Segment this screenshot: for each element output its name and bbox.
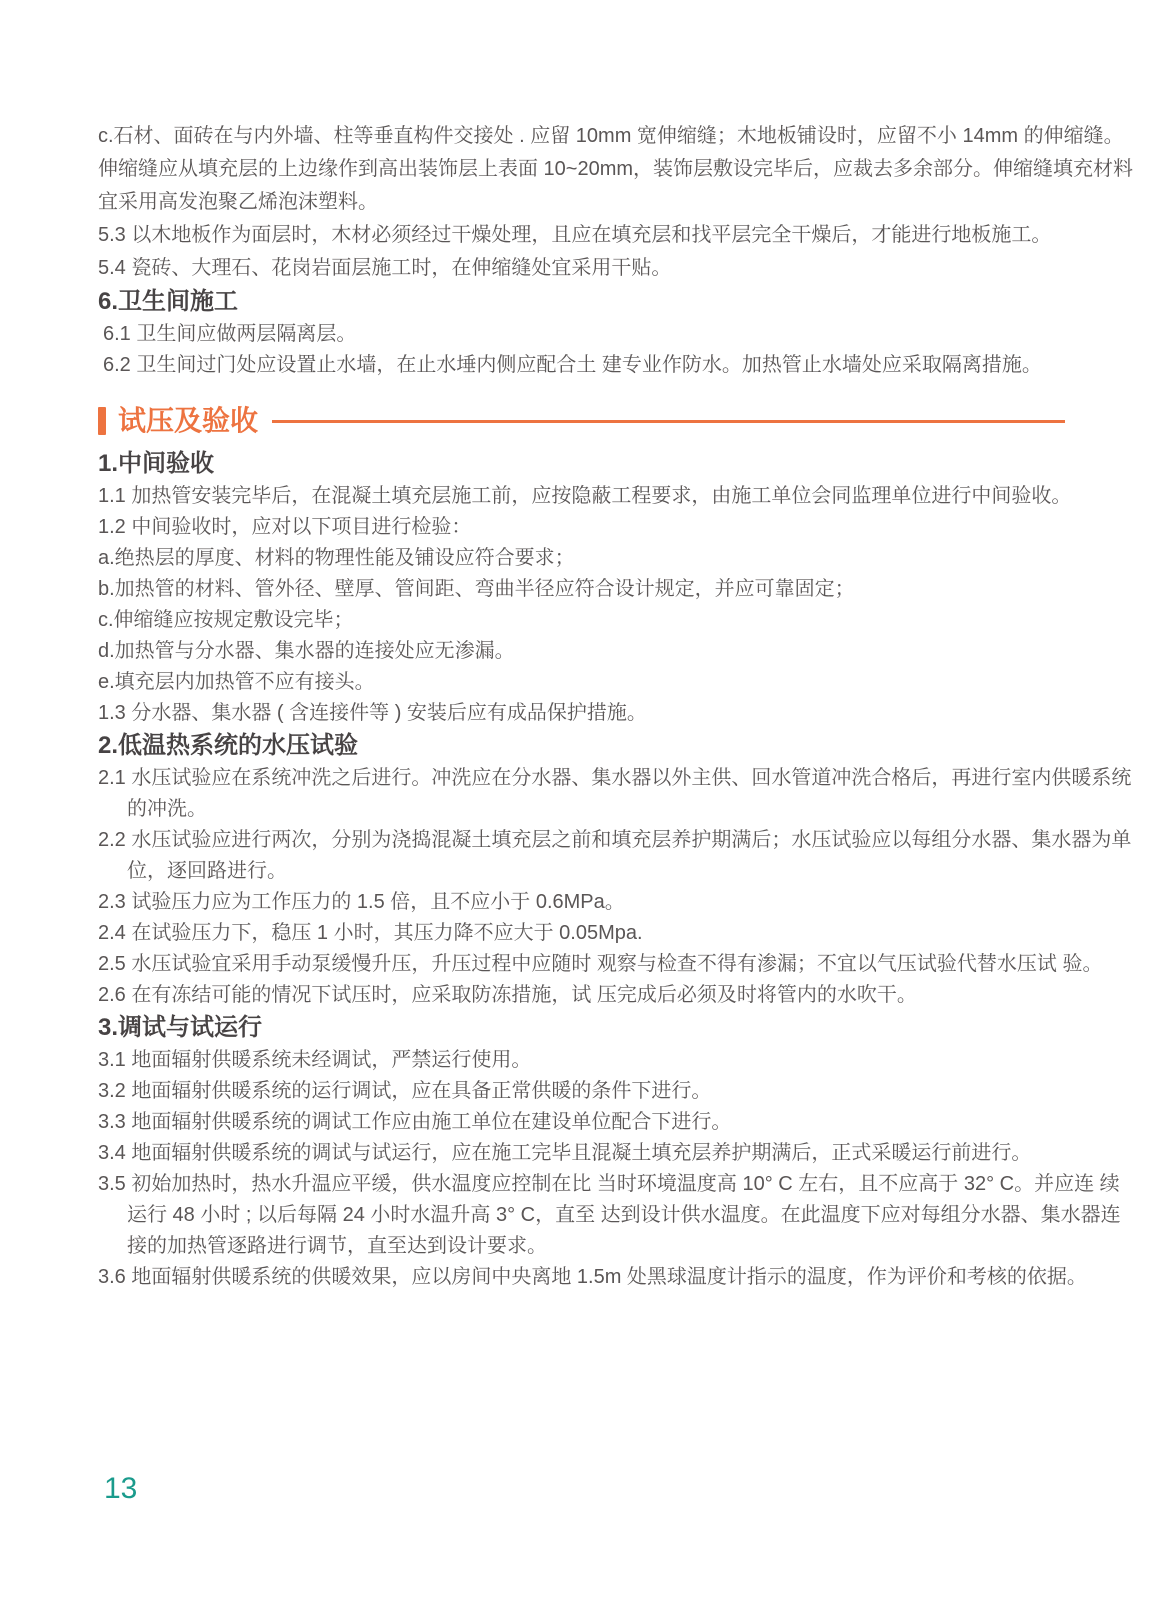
list-item: a.绝热层的厚度、材料的物理性能及铺设应符合要求；: [98, 543, 1134, 574]
paragraph-expansion-joint: c.石材、面砖在与内外墙、柱等垂直构件交接处 . 应留 10mm 宽伸缩缝；木地…: [98, 120, 1134, 219]
list-item: 3.2 地面辐射供暖系统的运行调试，应在具备正常供暖的条件下进行。: [98, 1076, 1134, 1107]
section-intermediate-acceptance-items: 1.1 加热管安装完毕后，在混凝土填充层施工前，应按隐蔽工程要求，由施工单位会同…: [98, 481, 1134, 729]
list-item: e.填充层内加热管不应有接头。: [98, 667, 1134, 698]
list-item: b.加热管的材料、管外径、壁厚、管间距、弯曲半径应符合设计规定，并应可靠固定；: [98, 574, 1134, 605]
list-item: 2.1 水压试验应在系统冲洗之后进行。冲洗应在分水器、集水器以外主供、回水管道冲…: [98, 763, 1134, 825]
list-item: 3.5 初始加热时，热水升温应平缓，供水温度应控制在比 当时环境温度高 10° …: [98, 1169, 1134, 1262]
list-item: 3.1 地面辐射供暖系统未经调试，严禁运行使用。: [98, 1045, 1134, 1076]
list-item: 1.3 分水器、集水器 ( 含连接件等 ) 安装后应有成品保护措施。: [98, 698, 1134, 729]
list-item: c.伸缩缝应按规定敷设完毕；: [98, 605, 1134, 636]
section-heading-pressure-test: 2.低温热系统的水压试验: [98, 729, 1134, 763]
list-item: 3.3 地面辐射供暖系统的调试工作应由施工单位在建设单位配合下进行。: [98, 1107, 1134, 1138]
section-pressure-test-items: 2.1 水压试验应在系统冲洗之后进行。冲洗应在分水器、集水器以外主供、回水管道冲…: [98, 763, 1134, 1011]
list-item: 2.2 水压试验应进行两次，分别为浇捣混凝土填充层之前和填充层养护期满后；水压试…: [98, 825, 1134, 887]
section-commissioning-items: 3.1 地面辐射供暖系统未经调试，严禁运行使用。 3.2 地面辐射供暖系统的运行…: [98, 1045, 1134, 1293]
list-item: 6.1 卫生间应做两层隔离层。: [98, 319, 1134, 350]
list-item: 6.2 卫生间过门处应设置止水墙，在止水埵内侧应配合土 建专业作防水。加热管止水…: [98, 350, 1134, 381]
list-item: 3.4 地面辐射供暖系统的调试与试运行，应在施工完毕且混凝土填充层养护期满后，正…: [98, 1138, 1134, 1169]
section-commissioning: 3.调试与试运行 3.1 地面辐射供暖系统未经调试，严禁运行使用。 3.2 地面…: [98, 1011, 1134, 1293]
list-item: 1.2 中间验收时，应对以下项目进行检验：: [98, 512, 1134, 543]
list-item: 2.3 试验压力应为工作压力的 1.5 倍，且不应小于 0.6MPa。: [98, 887, 1134, 918]
list-item: d.加热管与分水器、集水器的连接处应无渗漏。: [98, 636, 1134, 667]
section-bathroom-items: 6.1 卫生间应做两层隔离层。 6.2 卫生间过门处应设置止水墙，在止水埵内侧应…: [98, 319, 1134, 381]
accent-bar-icon: [98, 407, 106, 435]
chapter-title: 试压及验收: [118, 401, 258, 441]
page-number: 13: [104, 1472, 137, 1506]
accent-rule: [272, 420, 1065, 423]
section-heading-intermediate-acceptance: 1.中间验收: [98, 447, 1134, 481]
section-intermediate-acceptance: 1.中间验收 1.1 加热管安装完毕后，在混凝土填充层施工前，应按隐蔽工程要求，…: [98, 447, 1134, 729]
list-item: 1.1 加热管安装完毕后，在混凝土填充层施工前，应按隐蔽工程要求，由施工单位会同…: [98, 481, 1134, 512]
paragraph-5-4: 5.4 瓷砖、大理石、花岗岩面层施工时，在伸缩缝处宜采用干贴。: [98, 252, 1134, 285]
list-item: 2.5 水压试验宜采用手动泵缓慢升压，升压过程中应随时 观察与检查不得有渗漏；不…: [98, 949, 1134, 980]
section-heading-commissioning: 3.调试与试运行: [98, 1011, 1134, 1045]
paragraph-5-3: 5.3 以木地板作为面层时，木材必须经过干燥处理，且应在填充层和找平层完全干燥后…: [98, 219, 1134, 252]
section-hydraulic-pressure-test: 2.低温热系统的水压试验 2.1 水压试验应在系统冲洗之后进行。冲洗应在分水器、…: [98, 729, 1134, 1011]
section-bathroom-construction: 6.卫生间施工 6.1 卫生间应做两层隔离层。 6.2 卫生间过门处应设置止水墙…: [98, 285, 1134, 381]
list-item: 2.4 在试验压力下，稳压 1 小时，其压力降不应大于 0.05Mpa.: [98, 918, 1134, 949]
list-item: 3.6 地面辐射供暖系统的供暖效果，应以房间中央离地 1.5m 处黑球温度计指示…: [98, 1262, 1134, 1293]
page-content: c.石材、面砖在与内外墙、柱等垂直构件交接处 . 应留 10mm 宽伸缩缝；木地…: [98, 120, 1134, 1293]
section-heading-bathroom: 6.卫生间施工: [98, 285, 1134, 319]
document-page: c.石材、面砖在与内外墙、柱等垂直构件交接处 . 应留 10mm 宽伸缩缝；木地…: [0, 0, 1172, 1600]
chapter-banner: 试压及验收: [98, 401, 1134, 441]
list-item: 2.6 在有冻结可能的情况下试压时，应采取防冻措施，试 压完成后必须及时将管内的…: [98, 980, 1134, 1011]
